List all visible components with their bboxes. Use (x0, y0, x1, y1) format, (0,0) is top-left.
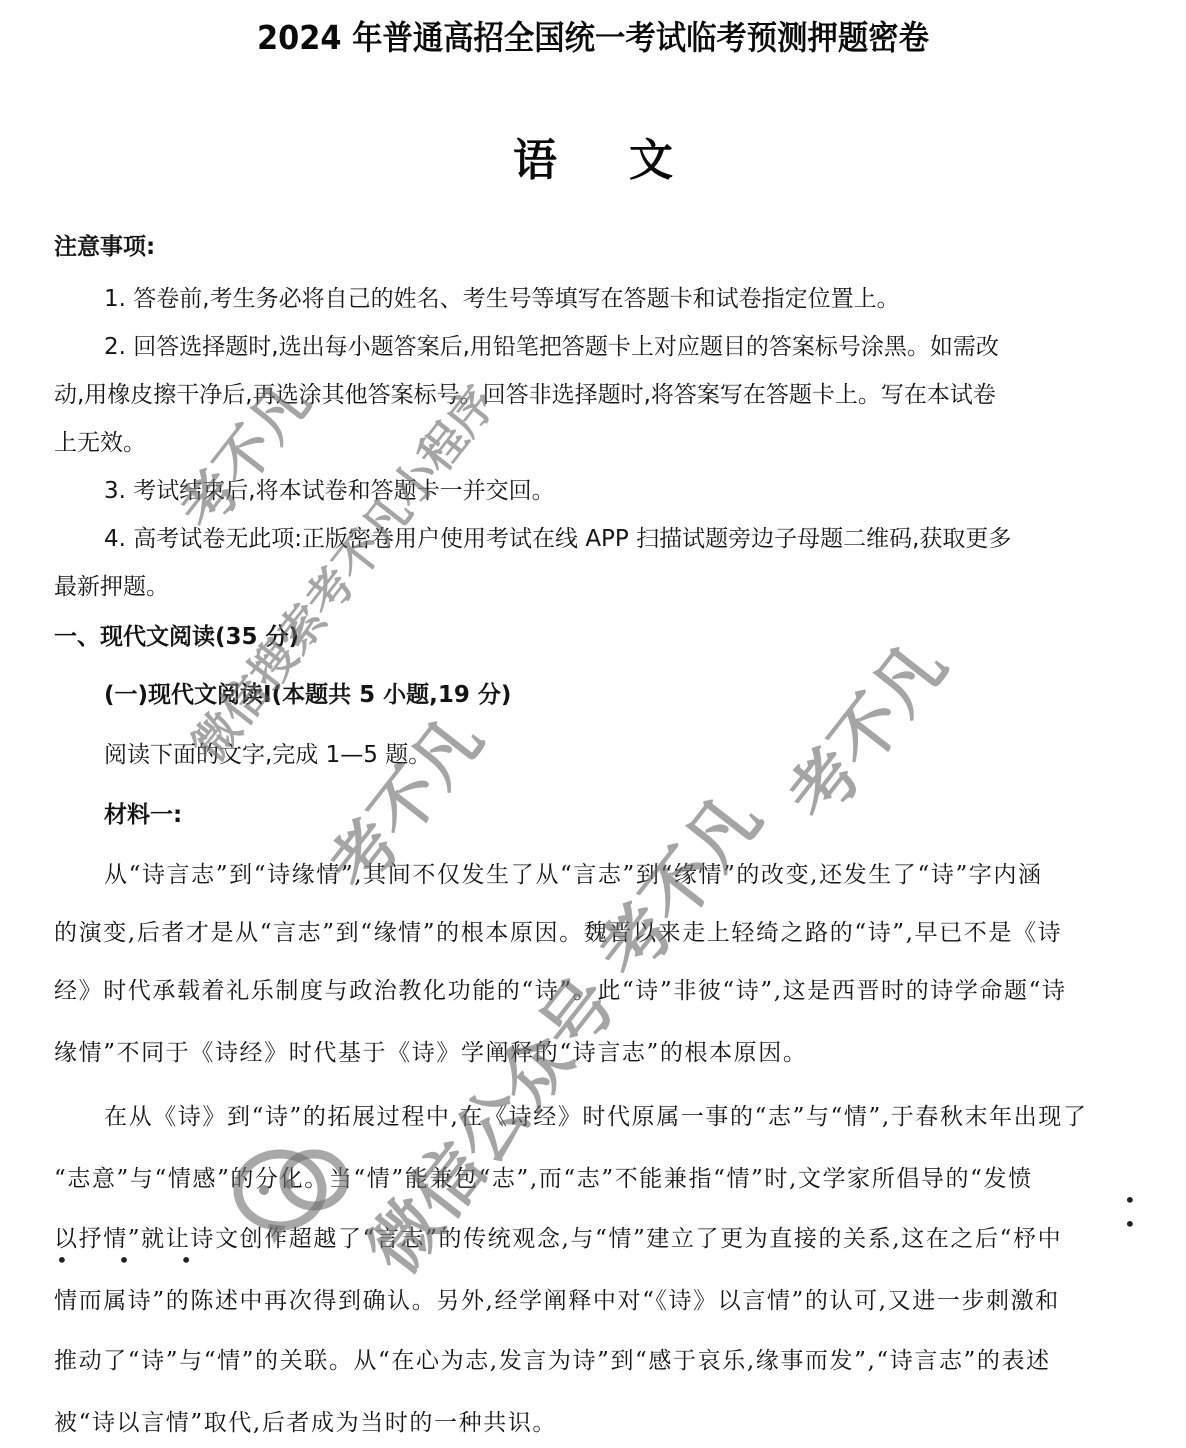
notice-item-2-line-1: 2. 回答选择题时,选出每小题答案后,用铅笔把答题卡上对应题目的答案标号涂黑。如… (104, 328, 1166, 361)
notice-item-3: 3. 考试结束后,将本试卷和答题卡一并交回。 (104, 472, 1166, 505)
notice-item-2-line-2: 动,用橡皮擦干净后,再选涂其他答案标号。回答非选择题时,将答案写在答题卡上。写在… (54, 376, 1166, 409)
watermark-account-prompt: 微信公众号 考不凡 (340, 769, 779, 1292)
passage-p2-line-4: 情而属诗”的陈述中再次得到确认。另外,经学阐释中对“《诗》以言情”的认可,又进一… (54, 1282, 1166, 1315)
notice-item-1: 1. 答卷前,考生务必将自己的姓名、考生号等填写在答题卡和试卷指定位置上。 (104, 280, 1166, 313)
passage-p2-line-5: 推动了“诗”与“情”的关联。从“在心为志,发言为诗”到“感于哀乐,缘事而发”,“… (54, 1342, 1166, 1375)
material-label: 材料一: (104, 796, 1166, 829)
exam-page: 2024 年普通高招全国统一考试临考预测押题密卷 语文 注意事项: 1. 答卷前… (0, 0, 1186, 1448)
exam-title: 2024 年普通高招全国统一考试临考预测押题密卷 (47, 12, 1138, 59)
passage-p2-line-3: 以抒情”就让诗文创作超越了“言志”的传统观念,与“情”建立了更为直接的关系,这在… (54, 1220, 1166, 1253)
notice-item-4-line-1: 4. 高考试卷无此项:正版密卷用户使用考试在线 APP 扫描试题旁边子母题二维码… (104, 520, 1166, 553)
passage-p2-line-1: 在从《诗》到“诗”的拓展过程中,在《诗经》时代原属一事的“志”与“情”,于春秋末… (104, 1098, 1166, 1131)
emphasis-dots-2: • • • (56, 1248, 214, 1272)
passage-p1-line-2: 的演变,后者才是从“言志”到“缘情”的根本原因。魏晋以来走上轻绮之路的“诗”,早… (54, 914, 1166, 947)
passage-p1-line-3: 经》时代承载着礼乐制度与政治教化功能的“诗”。此“诗”非彼“诗”,这是西晋时的诗… (54, 972, 1166, 1005)
subject-title: 语文 (0, 124, 1186, 188)
subject-char-2: 文 (629, 124, 673, 188)
passage-p1-line-4: 缘情”不同于《诗经》时代基于《诗》学阐释的“诗言志”的根本原因。 (54, 1034, 1166, 1067)
section-heading: 一、现代文阅读(35 分) (54, 618, 1166, 651)
passage-p1-line-1: 从“诗言志”到“诗缘情”,其间不仅发生了从“言志”到“缘情”的改变,还发生了“诗… (104, 856, 1166, 889)
notice-heading: 注意事项: (54, 228, 1166, 261)
passage-p2-line-2: “志意”与“情感”的分化。当“情”能兼包“志”,而“志”不能兼指“情”时,文学家… (54, 1160, 1166, 1193)
reading-instruction: 阅读下面的文字,完成 1—5 题。 (104, 736, 1166, 769)
notice-item-2-line-3: 上无效。 (54, 424, 1166, 457)
notice-item-4-line-2: 最新押题。 (54, 568, 1166, 601)
passage-p2-line-6: 被“诗以言情”取代,后者成为当时的一种共识。 (54, 1404, 1166, 1437)
subject-char-1: 语 (513, 124, 557, 188)
section-subheading: (一)现代文阅读Ⅰ(本题共 5 小题,19 分) (104, 676, 1166, 709)
